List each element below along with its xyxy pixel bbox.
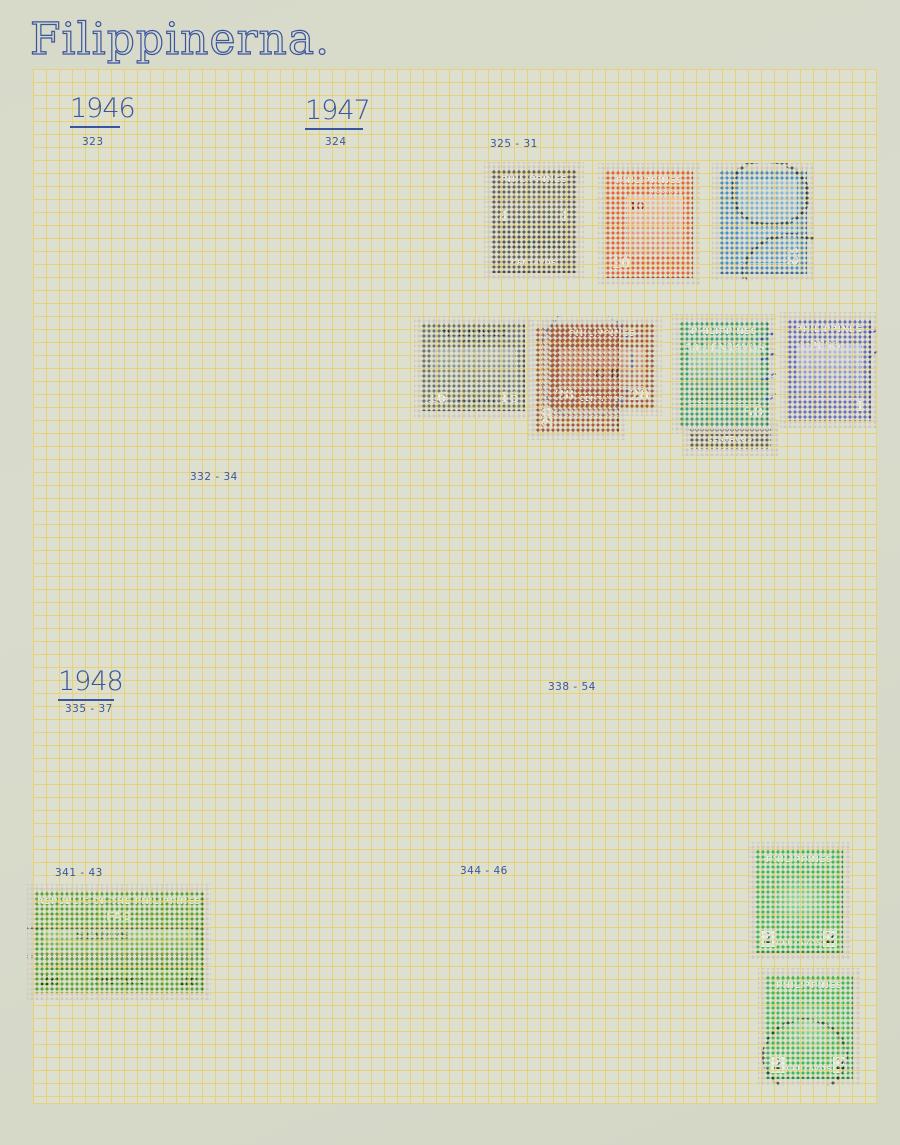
stamp-header: PHILIPPINES	[493, 175, 575, 185]
stamp-image-portrait	[775, 1001, 843, 1057]
stamp-2-centavos-rizal-1: PHILIPPINES 2 2 CENTAVOS	[748, 842, 850, 960]
machine-cancel-lines	[27, 926, 201, 958]
year-heading-1946: 1946	[70, 95, 120, 128]
stamp-image-palms	[797, 345, 861, 399]
stamp-value-left: 4	[499, 209, 509, 225]
stamp-value-text: 10	[629, 200, 644, 213]
stamp-footer: POSTAGE	[36, 977, 202, 987]
year-heading-1948: 1948	[58, 668, 114, 701]
stamp-header: PHILIPPINES	[767, 981, 851, 991]
stamp-fao-label: FAO	[36, 910, 202, 923]
stamp-image-monument	[501, 195, 567, 251]
catalog-range-341-43: 341 - 43	[55, 867, 103, 879]
stamp-header: PHILIPPINES	[551, 329, 653, 339]
stamp-fao-2-cents: REPUBLIC OF THE PHILIPPINES FAO 2¢ 2¢ PO…	[27, 884, 211, 1000]
album-page: Filippinerna. 1946 323 1947 324 325 - 31…	[0, 0, 900, 1145]
stamp-footer: CENTAVOS	[691, 435, 769, 443]
stamp-12-centavos-bridge: 12	[712, 163, 814, 281]
stamp-16-centavos-santa-lucia-gate: PHILIPPINES POSTAGE 16 16 CENTAVOS	[414, 316, 532, 418]
stamp-20-centavos-mayon-volcano: PHILIPPINES 20 20 CENTAVOS O B	[542, 316, 662, 416]
stamp-footer: CENTAVOS	[767, 1065, 851, 1073]
catalog-range-325-31: 325 - 31	[490, 138, 538, 150]
stamp-image-palms	[689, 347, 759, 405]
stamp-header: PHILIPPINES	[423, 329, 523, 339]
stamp-1-peso-palm-avenue: PHILIPPINES 1 PESO 1	[780, 312, 878, 428]
stamp-overprint-ob: O B	[595, 367, 619, 382]
stamp-header: PHILIPPINES	[789, 325, 869, 335]
stamp-10-centavos-bonifacio: PHILIPPINES POSTAGE 10 10	[598, 163, 700, 285]
stamp-image-portrait	[765, 875, 833, 931]
catalog-number-324: 324	[325, 136, 347, 148]
stamp-value-corner: 1	[855, 399, 865, 415]
stamp-50-centavos-palm-avenue: PHILIPPINES 50 CENTAVOS 50	[672, 314, 776, 434]
catalog-number-323: 323	[82, 136, 104, 148]
stamp-value-corner: 50	[744, 405, 763, 421]
stamp-header: PHILIPPINES	[757, 855, 841, 865]
catalog-range-335-37: 335 - 37	[65, 703, 113, 715]
stamp-footer: CENTAVOS	[423, 397, 523, 405]
page-title: Filippinerna.	[30, 18, 330, 62]
stamp-footer: CENTAVOS	[493, 259, 575, 267]
stamp-header: REPUBLIC OF THE PHILIPPINES	[36, 897, 202, 907]
catalog-range-332-34: 332 - 34	[190, 471, 238, 483]
stamp-value-right: 4	[559, 209, 569, 225]
stamp-2-centavos-rizal-2: PHILIPPINES 2 2 CENTAVOS	[758, 968, 860, 1086]
stamp-4-centavos-rizal-monument: PHILIPPINES 4 4 CENTAVOS	[484, 162, 584, 280]
stamp-value-corner: 10	[611, 256, 630, 272]
stamp-footer: CENTAVOS	[757, 939, 841, 947]
stamp-value-text: 1 PESO	[799, 341, 841, 352]
stamp-value: 12	[783, 246, 799, 265]
stamp-value-text: 50 CENTAVOS	[685, 343, 765, 354]
stamp-footer: CENTAVOS	[551, 395, 653, 403]
catalog-range-344-46: 344 - 46	[460, 865, 508, 877]
year-heading-1947: 1947	[305, 97, 363, 130]
stamp-image-gate	[431, 349, 515, 389]
stamp-subheader: POSTAGE	[423, 340, 523, 346]
stamp-header: PHILIPPINES	[681, 327, 767, 337]
stamp-header: PHILIPPINES	[607, 176, 691, 186]
stamp-subheader: POSTAGE	[607, 188, 691, 195]
catalog-range-338-54: 338 - 54	[548, 681, 596, 693]
